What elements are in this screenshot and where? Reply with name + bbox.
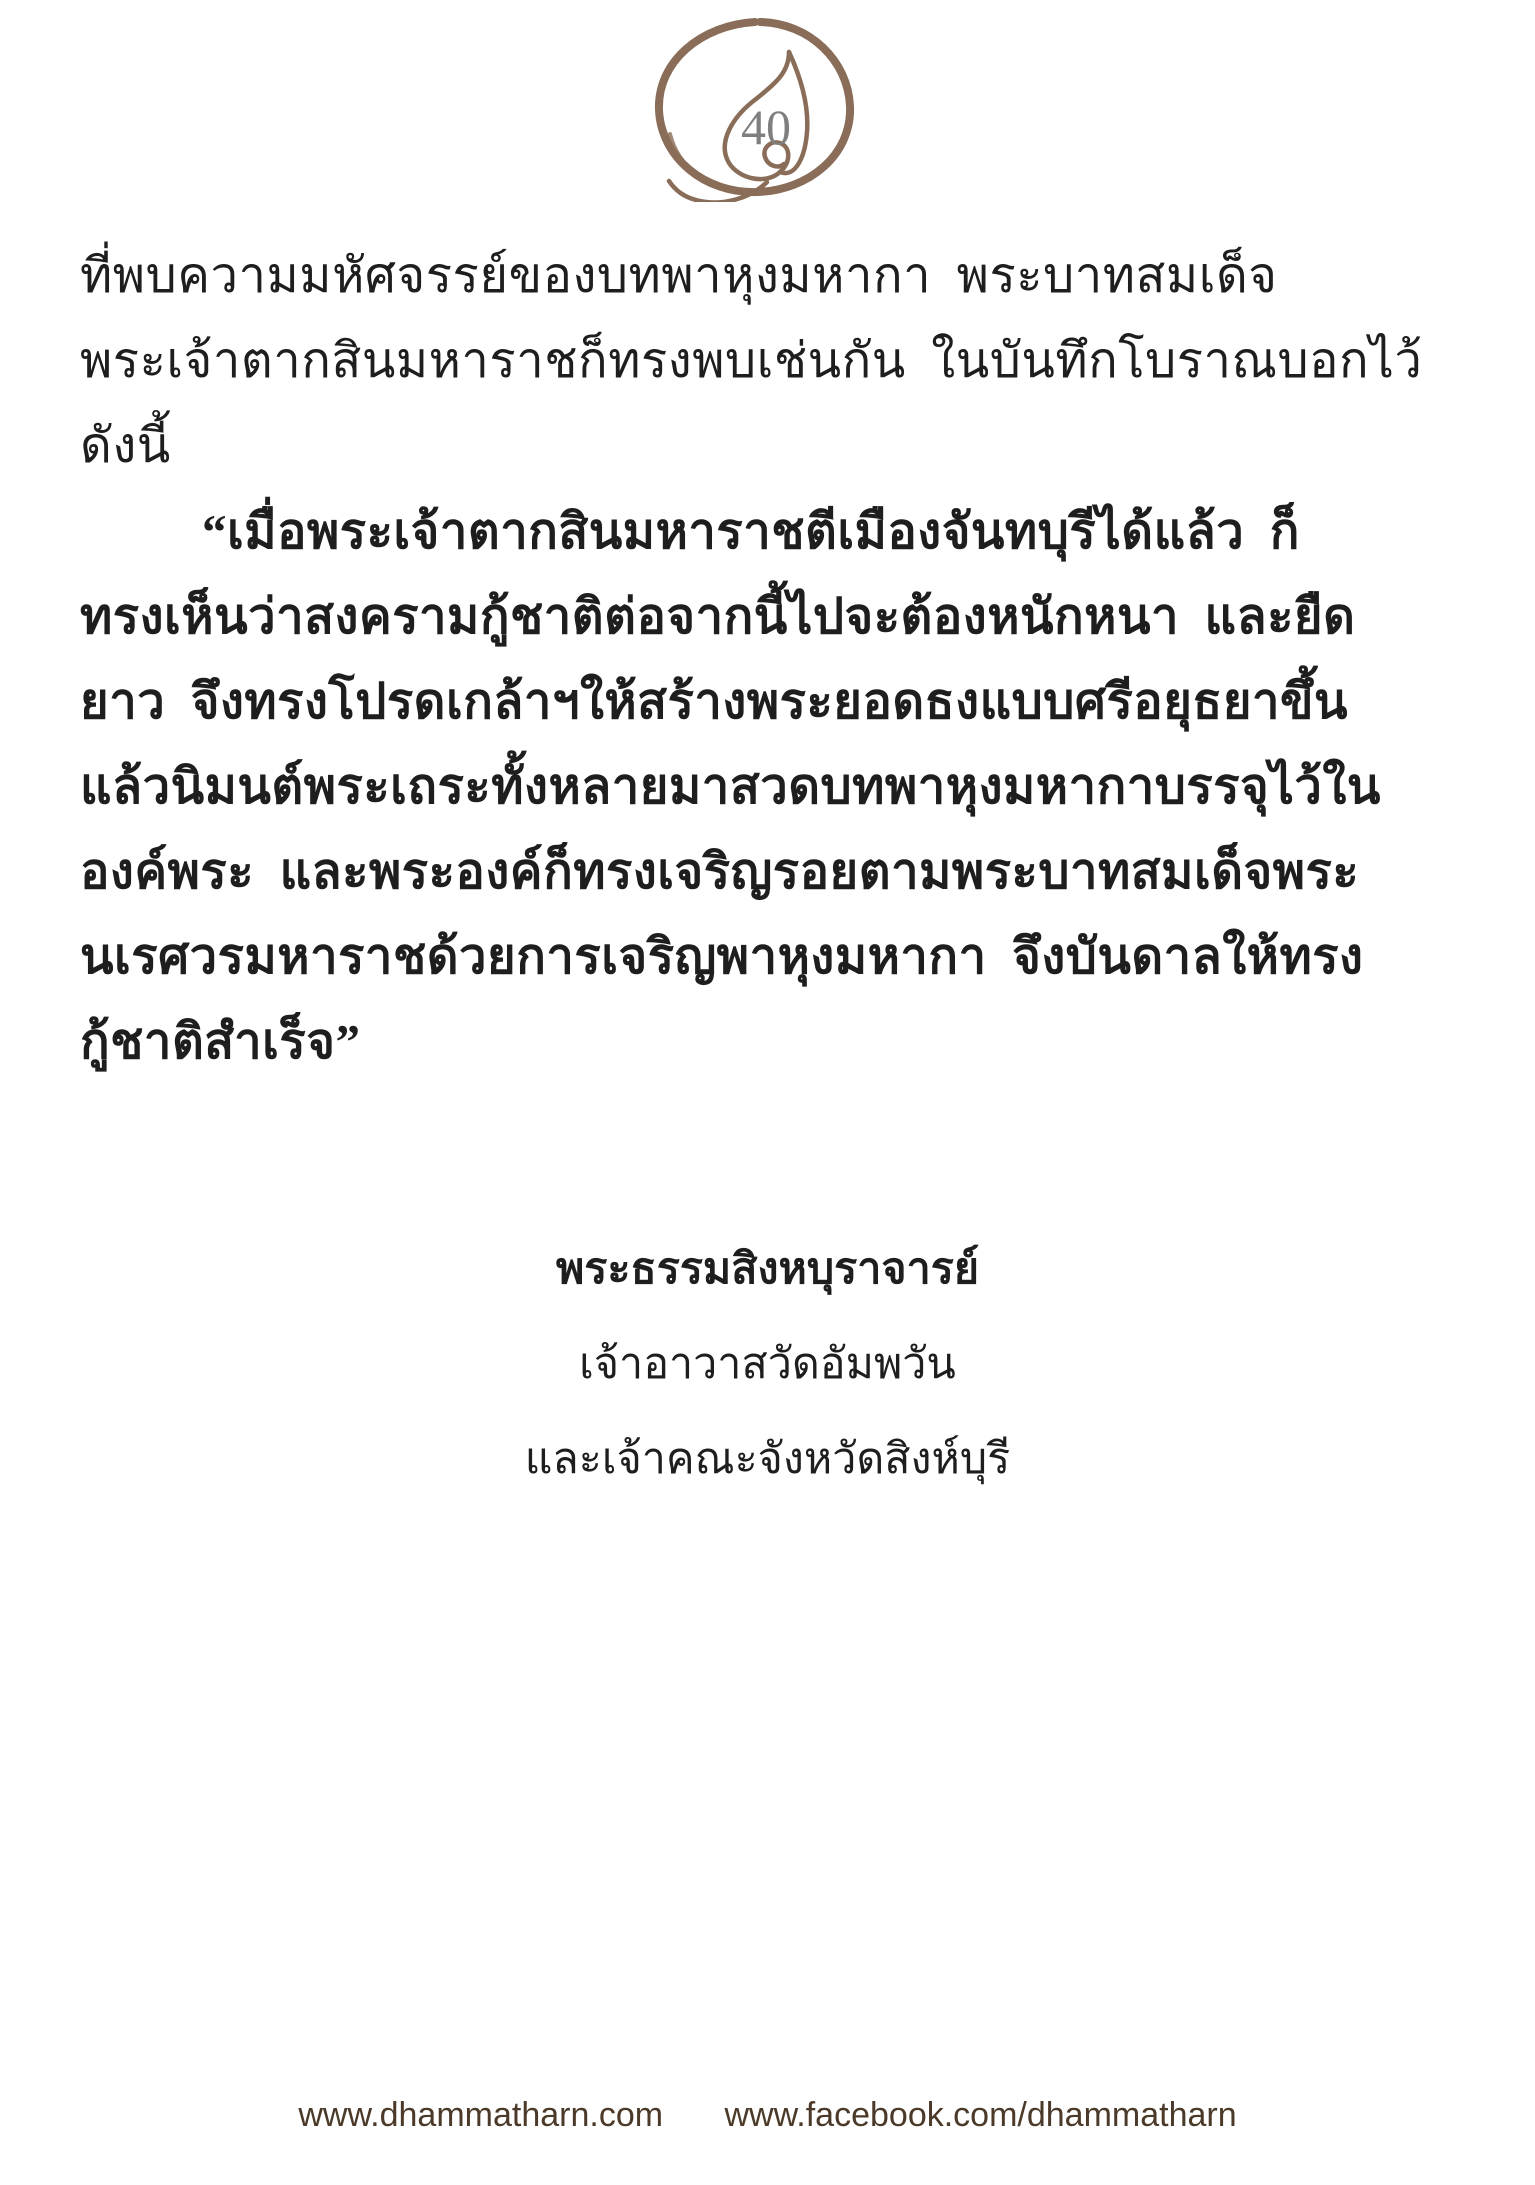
author-title-1: เจ้าอาวาสวัดอัมพวัน [0,1317,1535,1412]
bodhi-leaf-circle-icon: 40 [648,14,866,202]
attribution-block: พระธรรมสิงหบุราจารย์ เจ้าอาวาสวัดอัมพวัน… [0,1222,1535,1507]
text-line: ยาว จึงทรงโปรดเกล้าฯให้สร้างพระยอดธงแบบศ… [80,659,1465,744]
text-line: พระเจ้าตากสินมหาราชก็ทรงพบเช่นกัน ในบันท… [80,318,1465,403]
text-line: นเรศวรมหาราชด้วยการเจริญพาหุงมหากา จึงบั… [80,914,1465,999]
text-line: กู้ชาติสำเร็จ” [80,999,1465,1084]
author-title-2: และเจ้าคณะจังหวัดสิงห์บุรี [0,1412,1535,1507]
footer: www.dhammatharn.com www.facebook.com/dha… [0,2096,1535,2135]
text-line: “เมื่อพระเจ้าตากสินมหาราชตีเมืองจันทบุรี… [80,489,1465,574]
page-number: 40 [741,99,791,155]
text-line: ดังนี้ [80,403,1465,488]
website-link[interactable]: www.dhammatharn.com [298,2096,663,2135]
page-number-logo: 40 [648,14,866,202]
facebook-link[interactable]: www.facebook.com/dhammatharn [725,2096,1237,2135]
text-line: ทรงเห็นว่าสงครามกู้ชาติต่อจากนี้ไปจะต้อง… [80,574,1465,659]
paragraph-intro: ที่พบความมหัศจรรย์ของบทพาหุงมหากา พระบาท… [80,233,1465,488]
paragraph-quote: “เมื่อพระเจ้าตากสินมหาราชตีเมืองจันทบุรี… [80,489,1465,1084]
text-line: ที่พบความมหัศจรรย์ของบทพาหุงมหากา พระบาท… [80,233,1465,318]
text-line: องค์พระ และพระองค์ก็ทรงเจริญรอยตามพระบาท… [80,829,1465,914]
text-line: แล้วนิมนต์พระเถระทั้งหลายมาสวดบทพาหุงมหา… [80,744,1465,829]
book-page: 40 ที่พบความมหัศจรรย์ของบทพาหุงมหากา พระ… [0,0,1535,2185]
author-name: พระธรรมสิงหบุราจารย์ [0,1222,1535,1317]
